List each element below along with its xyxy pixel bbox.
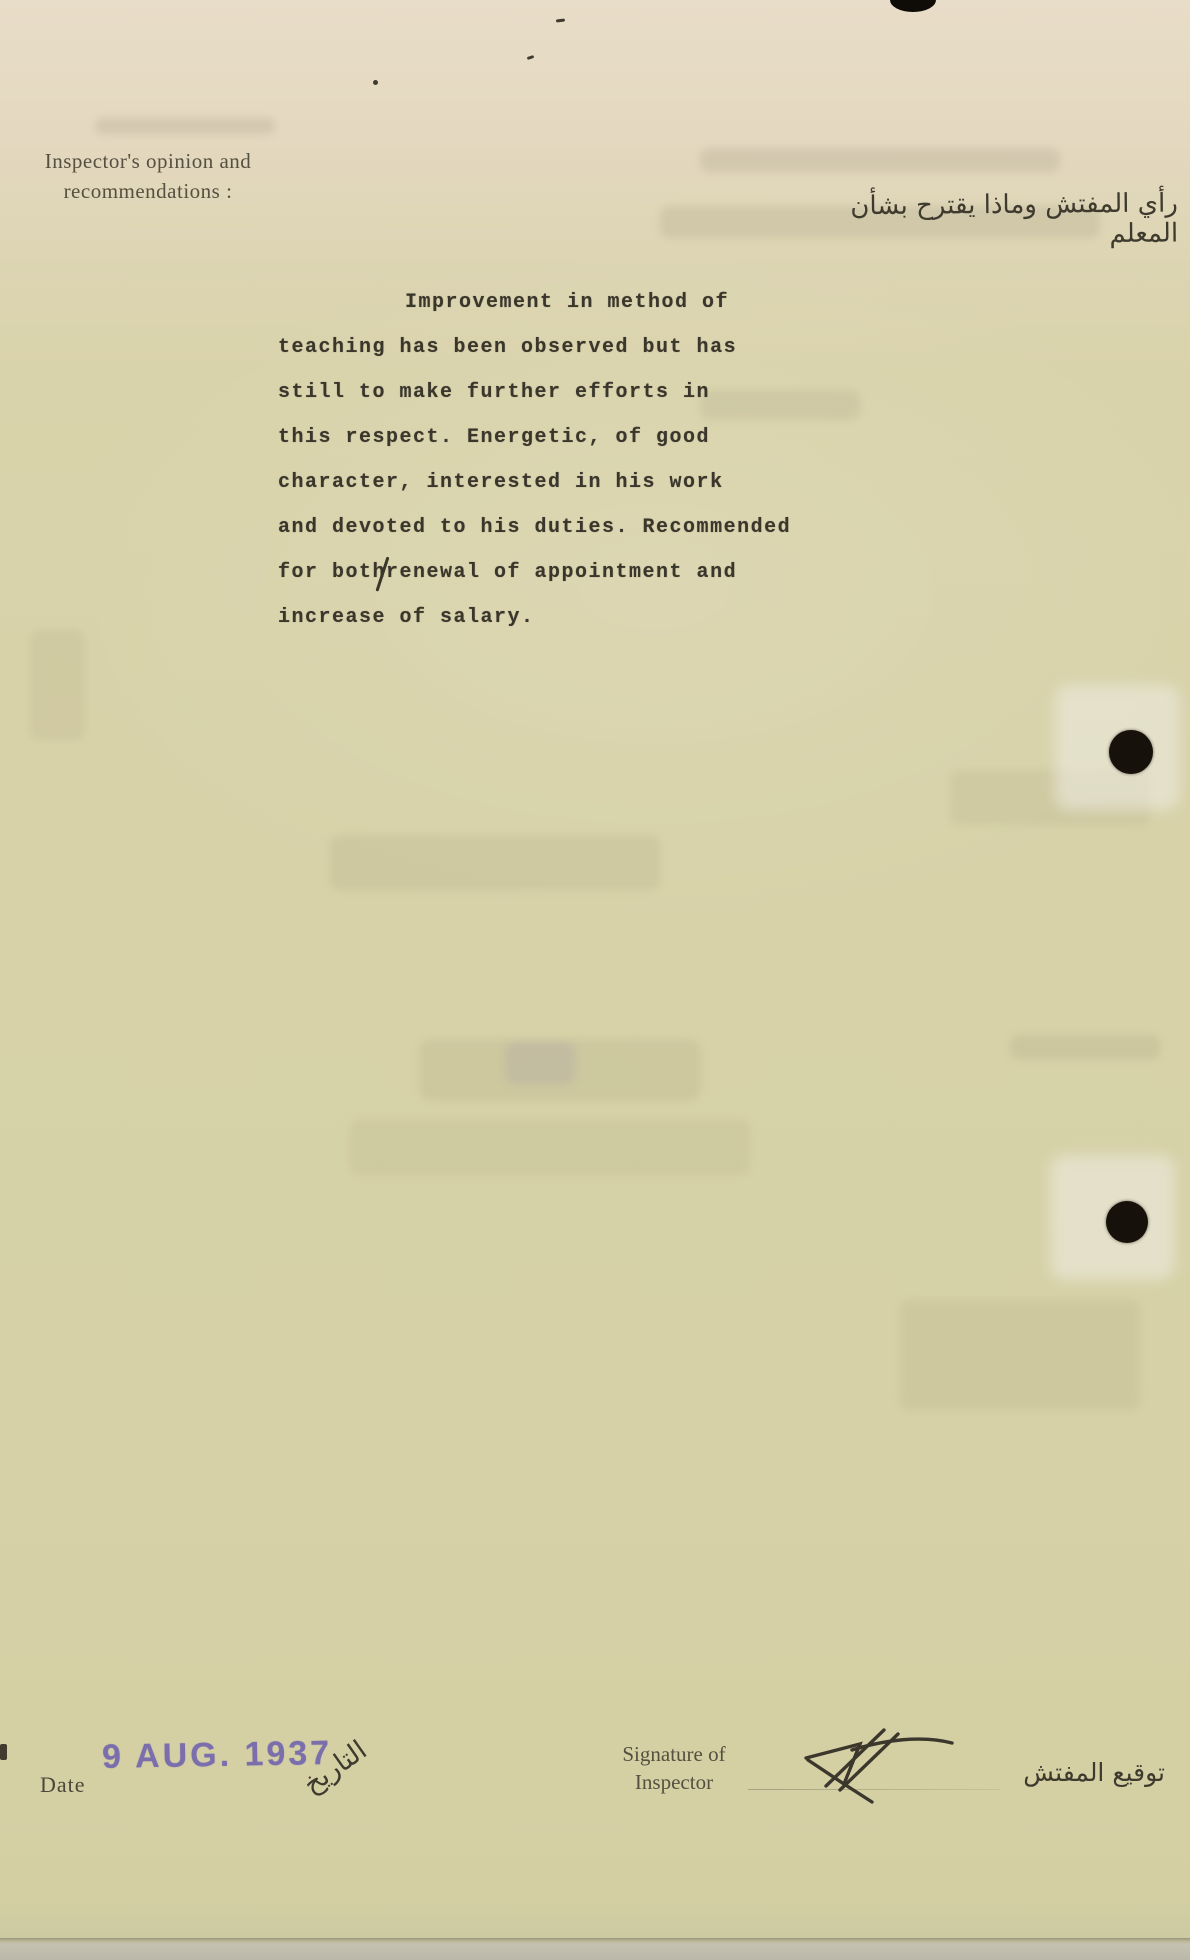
date-label: Date [40, 1772, 86, 1798]
paper-smudge [350, 1120, 750, 1175]
ink-speck [527, 55, 535, 60]
signature-label-line2: Inspector [598, 1768, 750, 1796]
paper-smudge [700, 148, 1060, 172]
ink-speck [556, 18, 565, 22]
typewritten-line: increase of salary. [278, 595, 838, 640]
document-page: Inspector's opinion and recommendations … [0, 0, 1190, 1960]
paper-smudge [30, 630, 85, 740]
ink-speck [373, 80, 378, 85]
inspector-opinion-label-line2: recommendations : [38, 176, 258, 206]
inspector-signature-mark [786, 1722, 966, 1807]
paper-smudge [330, 835, 660, 890]
typewritten-line: character, interested in his work [278, 460, 838, 505]
paper-smudge [900, 1300, 1140, 1410]
punch-hole-top [1109, 730, 1153, 774]
arabic-opinion-label: رأي المفتش وماذا يقترح بشأن المعلم [818, 188, 1179, 251]
signature-label-line1: Signature of [598, 1740, 750, 1768]
typewritten-line: teaching has been observed but has [278, 325, 838, 370]
paper-smudge [95, 118, 275, 134]
page-bottom-edge [0, 1938, 1190, 1960]
typewritten-line: for bothrenewal of appointment and [278, 550, 838, 595]
paper-smudge [505, 1042, 575, 1084]
typewritten-opinion: Improvement in method of teaching has be… [278, 280, 838, 640]
inspector-opinion-label: Inspector's opinion and recommendations … [38, 146, 258, 206]
punch-hole-bottom [1106, 1201, 1148, 1243]
ink-speck [0, 1744, 7, 1760]
arabic-signature-label: توقيع المفتش [995, 1758, 1165, 1787]
typewritten-line: still to make further efforts in [278, 370, 838, 415]
binder-notch [890, 0, 936, 12]
typewritten-line: Improvement in method of [278, 280, 838, 325]
inspector-opinion-label-line1: Inspector's opinion and [38, 146, 258, 176]
signature-of-inspector-label: Signature of Inspector [598, 1740, 750, 1796]
typewritten-line: this respect. Energetic, of good [278, 415, 838, 460]
typewritten-line: and devoted to his duties. Recommended [278, 505, 838, 550]
date-stamp: 9 AUG. 1937 [102, 1734, 333, 1777]
paper-smudge [1010, 1035, 1160, 1059]
